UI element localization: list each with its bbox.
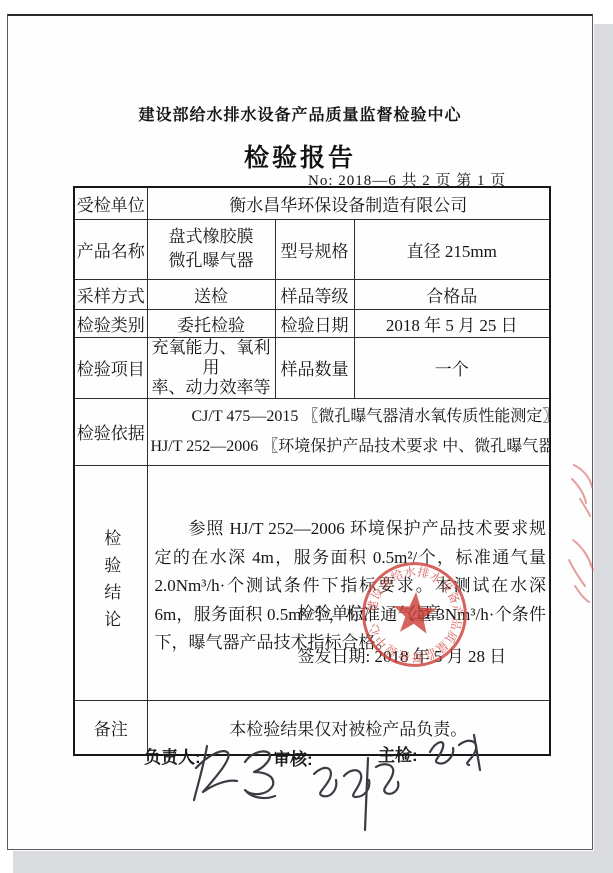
items-label: 检验项目	[74, 337, 147, 398]
grade-label: 样品等级	[275, 279, 354, 309]
conclusion-label: 检验结论	[74, 465, 147, 700]
table-row: 检验类别 委托检验 检验日期 2018 年 5 月 25 日	[74, 309, 550, 337]
table-row: 受检单位 衡水昌华环保设备制造有限公司	[74, 187, 550, 219]
leader-signature	[191, 738, 291, 818]
scan-background-bottom	[13, 851, 613, 873]
edge-stamp-fragment	[563, 536, 599, 604]
org-name: 建设部给水排水设备产品质量监督检验中心	[8, 102, 592, 125]
report-page: 建设部给水排水设备产品质量监督检验中心 检验报告 No: 2018—6 共 2 …	[7, 14, 593, 850]
table-row: 产品名称 盘式橡胶膜 微孔曝气器 型号规格 直径 215mm	[74, 219, 550, 279]
grade-value: 合格品	[354, 279, 550, 309]
table-row: 检验项目 充氧能力、氧利用 率、动力效率等 样品数量 一个	[74, 337, 550, 398]
inspected-unit-label: 受检单位	[74, 187, 147, 219]
inspection-date-value: 2018 年 5 月 25 日	[354, 309, 550, 337]
report-table: 受检单位 衡水昌华环保设备制造有限公司 产品名称 盘式橡胶膜 微孔曝气器 型号规…	[73, 186, 551, 756]
conclusion-paragraph: 参照 HJ/T 252—2006 环境保护产品技术要求规定的在水深 4m，服务面…	[148, 507, 550, 658]
scan-background-right	[594, 24, 613, 873]
reviewer-signature	[306, 752, 421, 837]
basis-value: CJ/T 475—2015 〖微孔曝气器清水氧传质性能测定〗 HJ/T 252—…	[147, 398, 550, 465]
items-value: 充氧能力、氧利用 率、动力效率等	[147, 337, 275, 398]
basis-label: 检验依据	[74, 398, 147, 465]
official-seal-stamp-icon: 建设部给水排水设备产品质量监督检验中心	[358, 558, 471, 671]
conclusion-value: 参照 HJ/T 252—2006 环境保护产品技术要求规定的在水深 4m，服务面…	[147, 465, 550, 700]
star-icon	[391, 590, 437, 634]
model-value: 直径 215mm	[354, 219, 550, 279]
inspection-date-label: 检验日期	[275, 309, 354, 337]
inspected-unit-value: 衡水昌华环保设备制造有限公司	[147, 187, 550, 219]
edge-stamp-fragment	[566, 459, 598, 519]
remarks-label: 备注	[74, 700, 147, 755]
product-name-label: 产品名称	[74, 219, 147, 279]
table-row: 检验依据 CJ/T 475—2015 〖微孔曝气器清水氧传质性能测定〗 HJ/T…	[74, 398, 550, 465]
quantity-value: 一个	[354, 337, 550, 398]
category-value: 委托检验	[147, 309, 275, 337]
model-label: 型号规格	[275, 219, 354, 279]
table-row: 检验结论 参照 HJ/T 252—2006 环境保护产品技术要求规定的在水深 4…	[74, 465, 550, 700]
table-row: 采样方式 送检 样品等级 合格品	[74, 279, 550, 309]
quantity-label: 样品数量	[275, 337, 354, 398]
chief-inspector-signature	[424, 730, 489, 778]
sampling-label: 采样方式	[74, 279, 147, 309]
category-label: 检验类别	[74, 309, 147, 337]
sampling-value: 送检	[147, 279, 275, 309]
product-name-value: 盘式橡胶膜 微孔曝气器	[147, 219, 275, 279]
